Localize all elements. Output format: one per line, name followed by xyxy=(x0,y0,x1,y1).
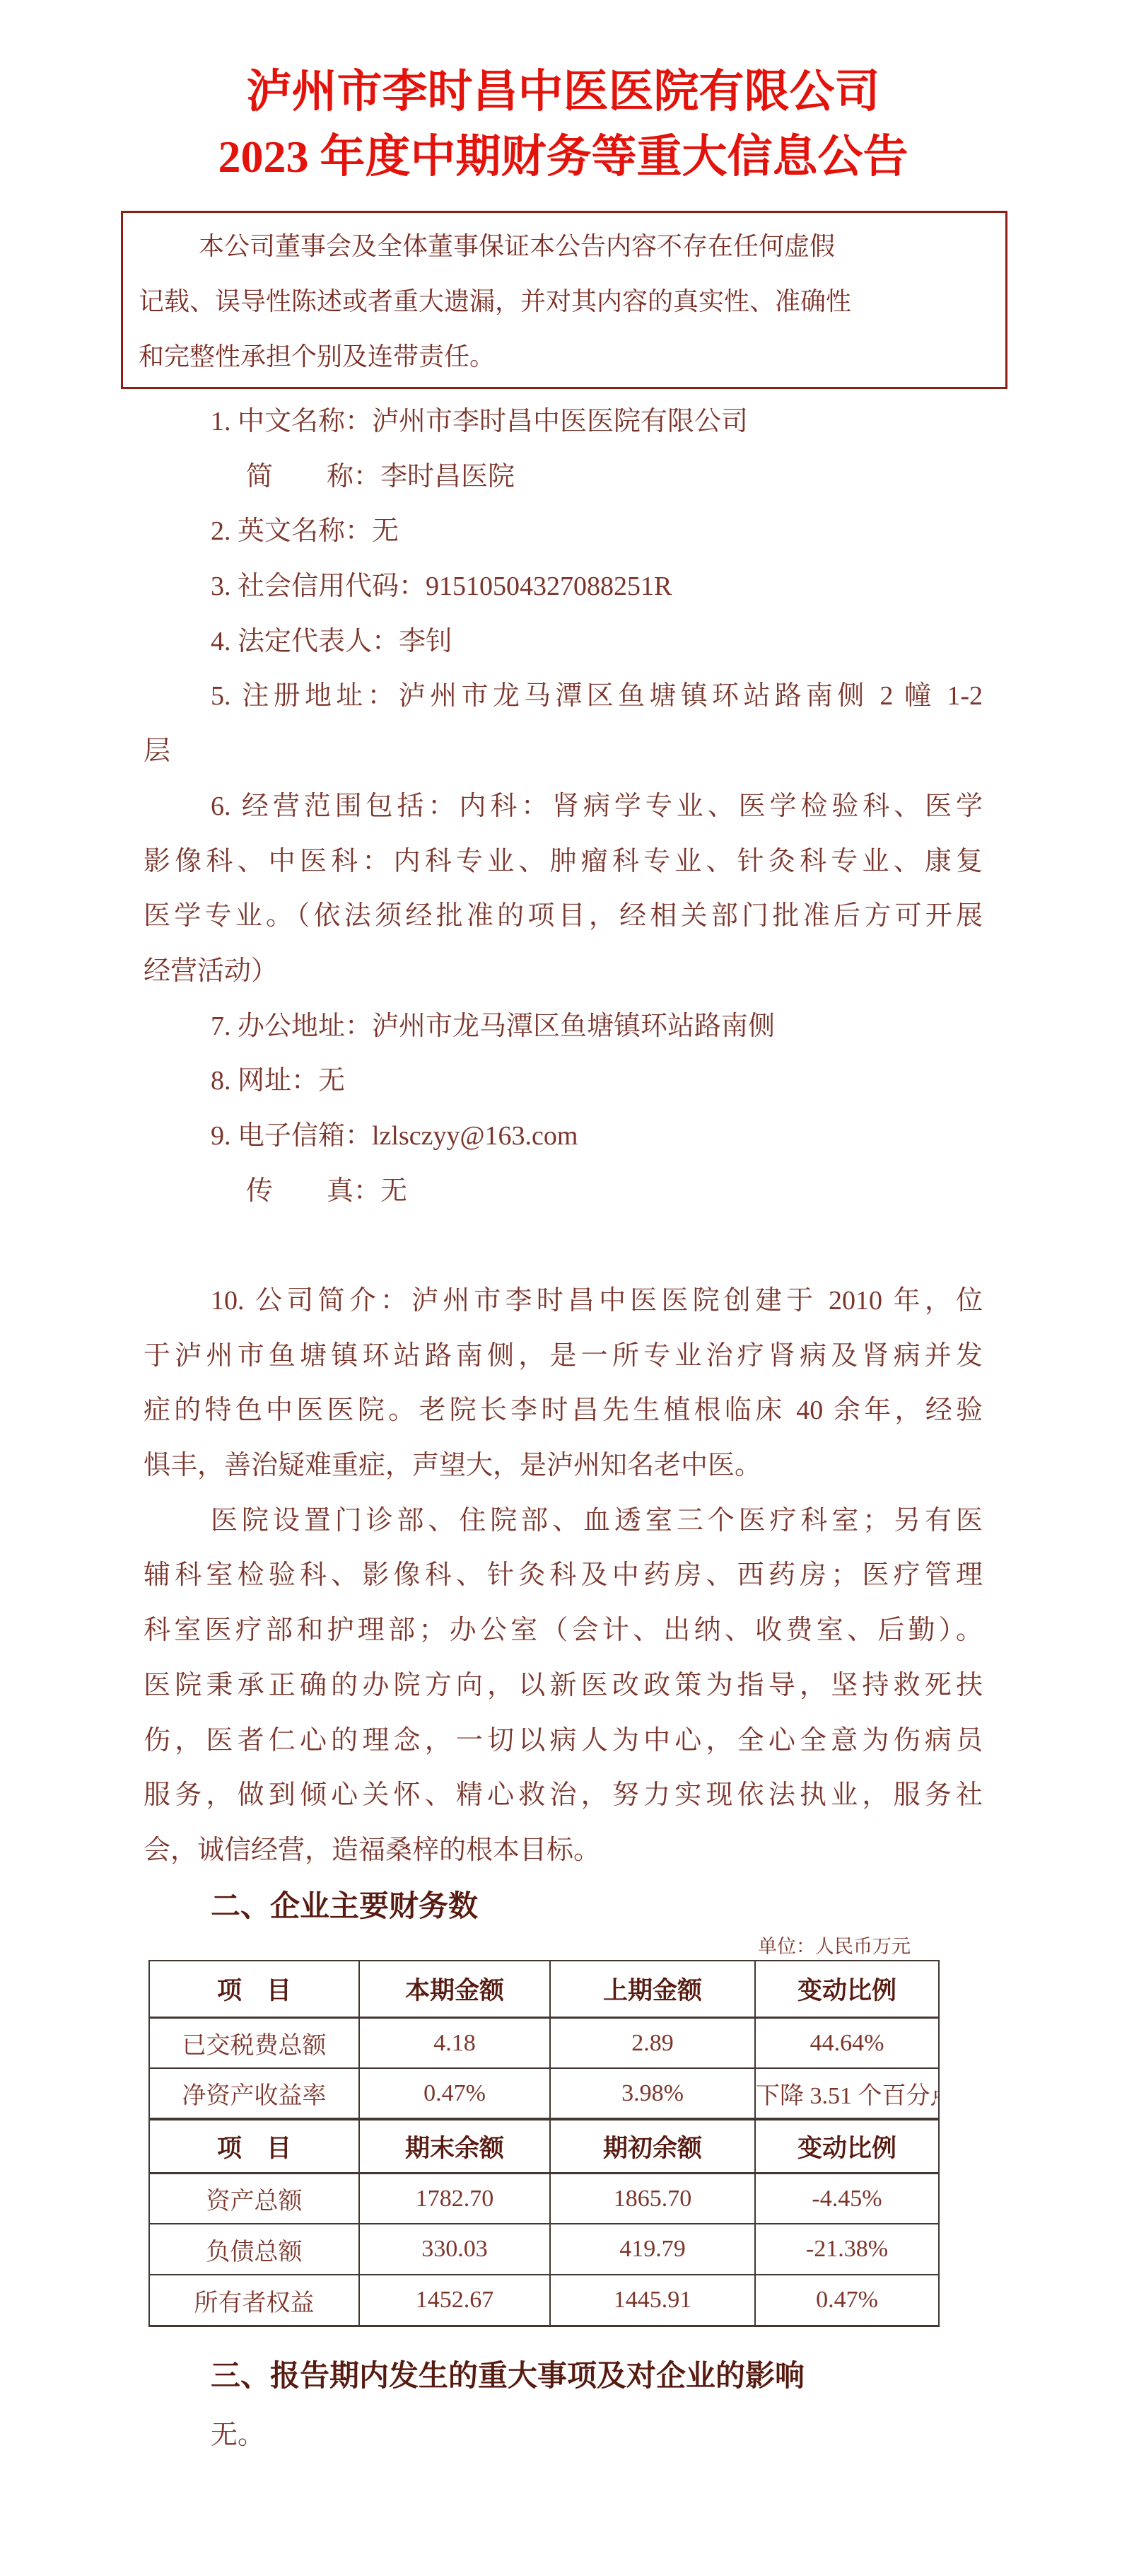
financial-table: 项 目本期金额上期金额变动比例已交税费总额4.182.8944.64%净资产收益… xyxy=(148,1960,940,2327)
table-row: 已交税费总额4.182.8944.64% xyxy=(149,2017,939,2068)
title-line-1: 泸州市李时昌中医医院有限公司 xyxy=(144,59,983,124)
table-row: 资产总额1782.701865.70-4.45% xyxy=(149,2173,939,2224)
table-cell: 0.47% xyxy=(755,2275,939,2326)
table-cell: 所有者权益 xyxy=(149,2275,359,2326)
column-header: 本期金额 xyxy=(359,1961,550,2017)
table-cell: -21.38% xyxy=(755,2224,939,2275)
body-line: 4. 法定代表人：李钊 xyxy=(144,615,983,670)
document-title: 泸州市李时昌中医医院有限公司 2023 年度中期财务等重大信息公告 xyxy=(144,0,983,190)
table-cell: 0.47% xyxy=(359,2068,550,2119)
table-cell: 净资产收益率 xyxy=(149,2068,359,2119)
document-content: 泸州市李时昌中医医院有限公司 2023 年度中期财务等重大信息公告 本公司董事会… xyxy=(0,0,1122,2519)
body-line: 伤，医者仁心的理念，一切以病人为中心，全心全意为伤病员 xyxy=(144,1714,983,1769)
table-cell: 资产总额 xyxy=(149,2173,359,2224)
table-cell: -4.45% xyxy=(755,2173,939,2224)
table-cell: 44.64% xyxy=(755,2017,939,2068)
table-cell: 419.79 xyxy=(550,2224,755,2275)
table-cell: 2.89 xyxy=(550,2017,755,2068)
body-line: 5. 注册地址：泸州市龙马潭区鱼塘镇环站路南侧 2 幢 1-2 xyxy=(144,669,983,724)
title-line-2: 2023 年度中期财务等重大信息公告 xyxy=(144,124,983,190)
body-line: 8. 网址：无 xyxy=(144,1054,983,1109)
column-header: 上期金额 xyxy=(550,1961,755,2017)
table-cell: 1452.67 xyxy=(359,2275,550,2326)
body-line: 科室医疗部和护理部；办公室（会计、出纳、收费室、后勤）。 xyxy=(144,1603,983,1659)
table-unit-label: 单位：人民币万元 xyxy=(144,1933,983,1960)
column-header: 变动比例 xyxy=(755,1961,939,2017)
table-cell: 已交税费总额 xyxy=(149,2017,359,2068)
body-line: 1. 中文名称：泸州市李时昌中医医院有限公司 xyxy=(144,395,983,450)
body-line: 会，诚信经营，造福桑梓的根本目标。 xyxy=(144,1823,983,1879)
table-cell: 1782.70 xyxy=(359,2173,550,2224)
body-line: 惧丰，善治疑难重症，声望大，是泸州知名老中医。 xyxy=(144,1439,983,1494)
body-line: 医院秉承正确的办院方向，以新医改政策为指导，坚持救死扶 xyxy=(144,1659,983,1714)
table-cell: 负债总额 xyxy=(149,2224,359,2275)
table-row: 所有者权益1452.671445.910.47% xyxy=(149,2275,939,2326)
table-cell: 4.18 xyxy=(359,2017,550,2068)
body-line: 9. 电子信箱：lzlsczyy@163.com xyxy=(144,1109,983,1164)
body-line: 传 真：无 xyxy=(144,1164,983,1219)
body-line: 医院设置门诊部、住院部、血透室三个医疗科室；另有医 xyxy=(144,1494,983,1549)
table-cell: 1865.70 xyxy=(550,2173,755,2224)
body-line: 3. 社会信用代码：91510504327088251R xyxy=(144,559,983,615)
body-line: 10. 公司简介：泸州市李时昌中医医院创建于 2010 年，位 xyxy=(144,1274,983,1329)
disclaimer-box: 本公司董事会及全体董事保证本公告内容不存在任何虚假 记载、误导性陈述或者重大遗漏… xyxy=(121,211,1007,389)
disclaimer-line: 和完整性承担个别及连带责任。 xyxy=(139,329,991,384)
table-row: 净资产收益率0.47%3.98%下降 3.51 个百分点 xyxy=(149,2068,939,2119)
section-heading-major-events: 三、报告期内发生的重大事项及对企业的影响 xyxy=(144,2348,983,2403)
table-cell: 1445.91 xyxy=(550,2275,755,2326)
column-header: 期末余额 xyxy=(359,2119,550,2173)
column-header: 项 目 xyxy=(149,1961,359,2017)
table-row: 负债总额330.03419.79-21.38% xyxy=(149,2224,939,2275)
column-header: 变动比例 xyxy=(755,2119,939,2173)
body-line: 服务，做到倾心关怀、精心救治，努力实现依法执业，服务社 xyxy=(144,1768,983,1823)
body-line: 经营活动） xyxy=(144,944,983,999)
table-header-row: 项 目期末余额期初余额变动比例 xyxy=(149,2119,939,2173)
table-cell: 330.03 xyxy=(359,2224,550,2275)
tail-text-block: 无。— 2 — xyxy=(144,2408,983,2518)
body-line: 2. 英文名称：无 xyxy=(144,504,983,559)
table-header-row: 项 目本期金额上期金额变动比例 xyxy=(149,1961,939,2017)
section-heading-finance: 二、企业主要财务数 xyxy=(144,1879,983,1934)
body-text-block: 1. 中文名称：泸州市李时昌中医医院有限公司简 称：李时昌医院2. 英文名称：无… xyxy=(144,395,983,1879)
table-cell: 3.98% xyxy=(550,2068,755,2119)
column-header: 期初余额 xyxy=(550,2119,755,2173)
body-line: 无。 xyxy=(144,2408,983,2464)
page-number: — 1 — xyxy=(144,1219,1122,1274)
body-line: 7. 办公地址：泸州市龙马潭区鱼塘镇环站路南侧 xyxy=(144,999,983,1055)
document-page: 泸州市李时昌中医医院有限公司 2023 年度中期财务等重大信息公告 本公司董事会… xyxy=(0,0,1122,2576)
body-line: 症的特色中医医院。老院长李时昌先生植根临床 40 余年，经验 xyxy=(144,1383,983,1439)
disclaimer-line: 本公司董事会及全体董事保证本公告内容不存在任何虚假 xyxy=(139,219,991,274)
column-header: 项 目 xyxy=(149,2119,359,2173)
body-line: 辅科室检验科、影像科、针灸科及中药房、西药房；医疗管理 xyxy=(144,1548,983,1603)
disclaimer-line: 记载、误导性陈述或者重大遗漏，并对其内容的真实性、准确性 xyxy=(139,274,991,329)
body-line: 影像科、中医科：内科专业、肿瘤科专业、针灸科专业、康复 xyxy=(144,835,983,890)
page-number: — 2 — xyxy=(144,2464,1122,2519)
body-line: 于泸州市鱼塘镇环站路南侧，是一所专业治疗肾病及肾病并发 xyxy=(144,1329,983,1384)
body-line: 层 xyxy=(144,724,983,779)
table-cell: 下降 3.51 个百分点 xyxy=(755,2068,939,2119)
body-line: 简 称：李时昌医院 xyxy=(144,450,983,505)
body-line: 医学专业。（依法须经批准的项目，经相关部门批准后方可开展 xyxy=(144,889,983,944)
body-line: 6. 经营范围包括：内科：肾病学专业、医学检验科、医学 xyxy=(144,779,983,835)
